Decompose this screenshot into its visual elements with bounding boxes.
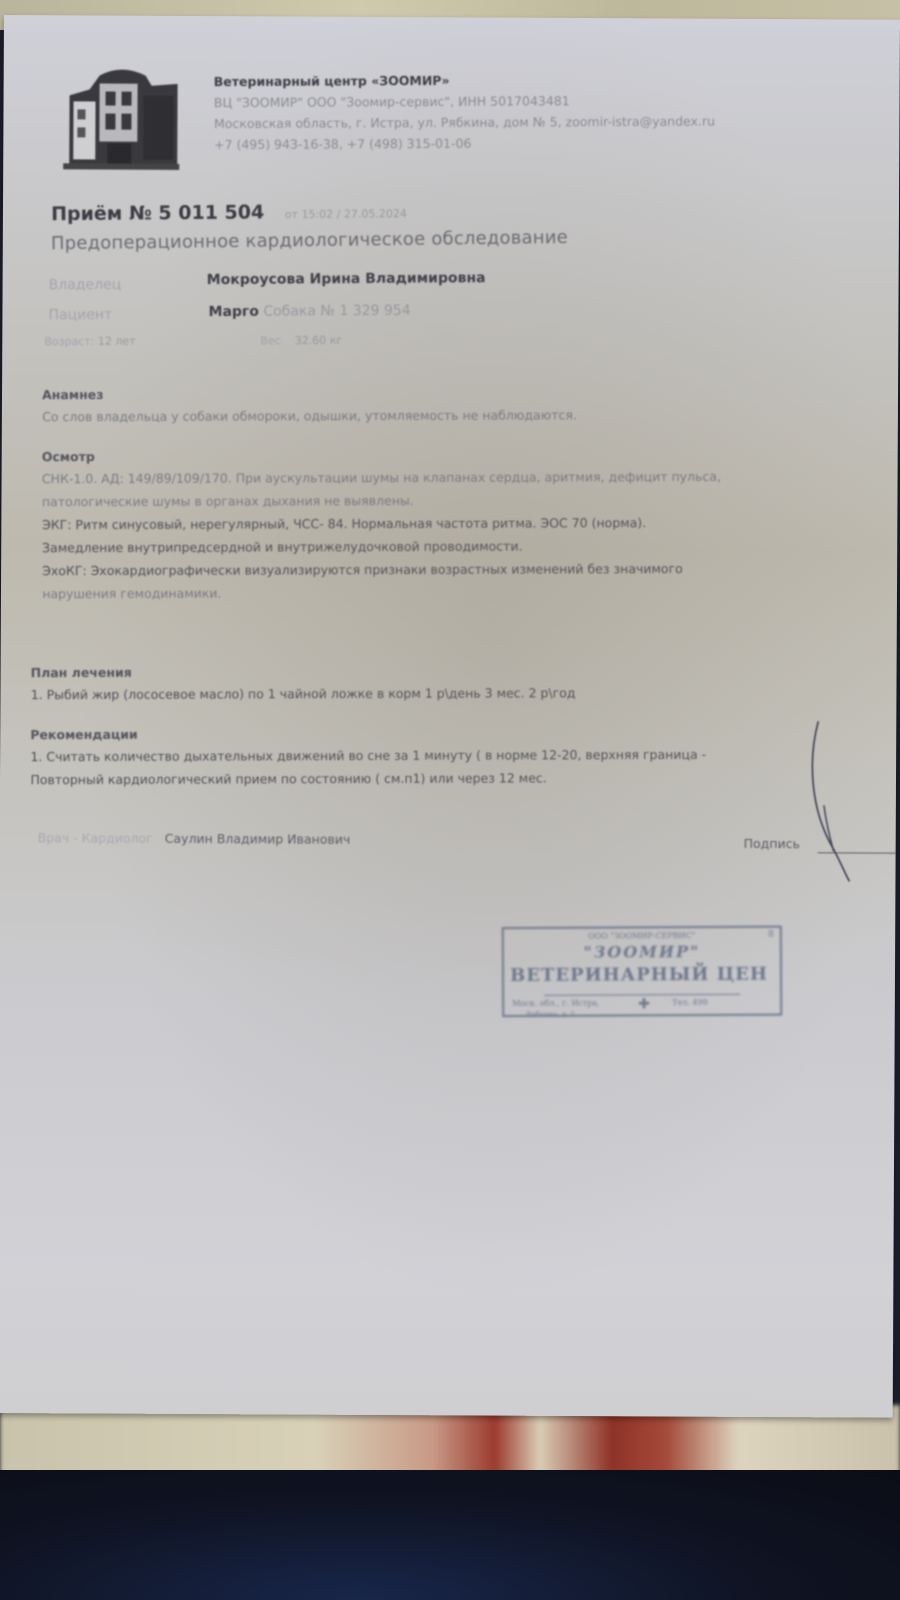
owner-label: Владелец [49, 277, 122, 294]
patient-label: Пациент [48, 307, 112, 323]
clinic-legal: ВЦ "ЗООМИР" ООО "Зоомир-сервис", ИНН 501… [214, 89, 715, 113]
age-row: Возраст: 12 лет [44, 335, 135, 349]
examination-section: Осмотр СНК-1.0. АД: 149/89/109/170. При … [42, 444, 900, 605]
clinic-stamp: ООО "ЗООМИР-СЕРВИС" 8 "ЗООМИР" ВЕТЕРИНАР… [502, 926, 782, 1017]
doctor-name: Саулин Владимир Иванович [165, 831, 351, 847]
examination-line: патологические шумы в органах дыхания не… [42, 487, 900, 513]
age-label: Возраст: [44, 335, 94, 348]
age-value: 12 лет [98, 335, 136, 348]
stamp-title: ВЕТЕРИНАРНЫЙ ЦЕН [510, 964, 768, 986]
dark-background [0, 1470, 900, 1600]
visit-number: Приём № 5 011 504 [51, 201, 264, 225]
examination-line: ЭКГ: Ритм синусовый, нерегулярный, ЧСС- … [42, 510, 900, 536]
clinic-address: Московская область, г. Истра, ул. Рябкин… [214, 110, 715, 134]
patient-value-row: Марго Собака № 1 329 954 [208, 303, 410, 320]
weight-value: 32.60 кг [295, 334, 343, 347]
recommendations-line: Повторный кардиологический прием по сост… [30, 765, 890, 791]
handwritten-signature-icon [789, 719, 870, 889]
patient-details: Собака № 1 329 954 [263, 303, 410, 320]
clinic-building-icon [59, 65, 180, 176]
clinic-header: Ветеринарный центр «ЗООМИР» ВЦ "ЗООМИР" … [214, 68, 715, 155]
examination-line: Замедление внутрипредсердной и внутрижел… [42, 533, 900, 559]
treatment-plan-line: 1. Рыбий жир (лососевое масло) по 1 чайн… [31, 680, 891, 706]
doctor-line: Врач - Кардиолог Саулин Владимир Иванови… [38, 830, 351, 847]
visit-title: Приём № 5 011 504 от 15:02 / 27.05.2024 [51, 200, 407, 225]
weight-label: Вес [260, 334, 280, 347]
weight-row: Вес 32.60 кг [260, 334, 342, 348]
patient-row: Пациент [48, 307, 112, 323]
patient-name: Марго [208, 304, 258, 320]
owner-name: Мокроусова Ирина Владимировна [207, 270, 486, 288]
examination-line: ЭхоКГ: Эхокардиографически визуализируют… [42, 556, 900, 582]
recommendations-line: 1. Считать количество дыхательных движен… [30, 742, 890, 768]
stamp-address-2: Рябкина, д. 5 [526, 1011, 575, 1019]
anamnesis-section: Анамнез Со слов владельца у собаки обмор… [42, 382, 900, 428]
stamp-brand: "ЗООМИР" [504, 942, 780, 962]
clinic-phones: +7 (495) 943-16-38, +7 (498) 315-01-06 [214, 131, 715, 155]
stamp-number: 8 [768, 930, 774, 940]
anamnesis-line: Со слов владельца у собаки обмороки, оды… [42, 402, 900, 428]
recommendations-section: Рекомендации 1. Считать количество дыхат… [30, 722, 890, 791]
vet-cross-icon: ✚ [638, 996, 650, 1012]
stamp-tel: Тел. 499 [672, 998, 708, 1007]
visit-date: от 15:02 / 27.05.2024 [285, 207, 407, 221]
owner-row: Владелец [49, 277, 122, 294]
document-content: Ветеринарный центр «ЗООМИР» ВЦ "ЗООМИР" … [0, 15, 900, 1418]
stamp-address: Моск. обл., г. Истра, [512, 999, 600, 1008]
treatment-plan-section: План лечения 1. Рыбий жир (лососевое мас… [31, 660, 891, 706]
examination-line: СНК-1.0. АД: 149/89/109/170. При аускуль… [42, 464, 900, 490]
document-sheet: Ветеринарный центр «ЗООМИР» ВЦ "ЗООМИР" … [0, 15, 900, 1418]
examination-line: нарушения гемодинамики. [42, 579, 900, 605]
doctor-role: Врач - Кардиолог [38, 830, 153, 846]
exam-type: Предоперационное кардиологическое обслед… [51, 227, 568, 254]
clinic-name: Ветеринарный центр «ЗООМИР» [214, 68, 715, 92]
owner-value-row: Мокроусова Ирина Владимировна [207, 270, 486, 288]
stamp-org: ООО "ЗООМИР-СЕРВИС" [504, 931, 780, 941]
